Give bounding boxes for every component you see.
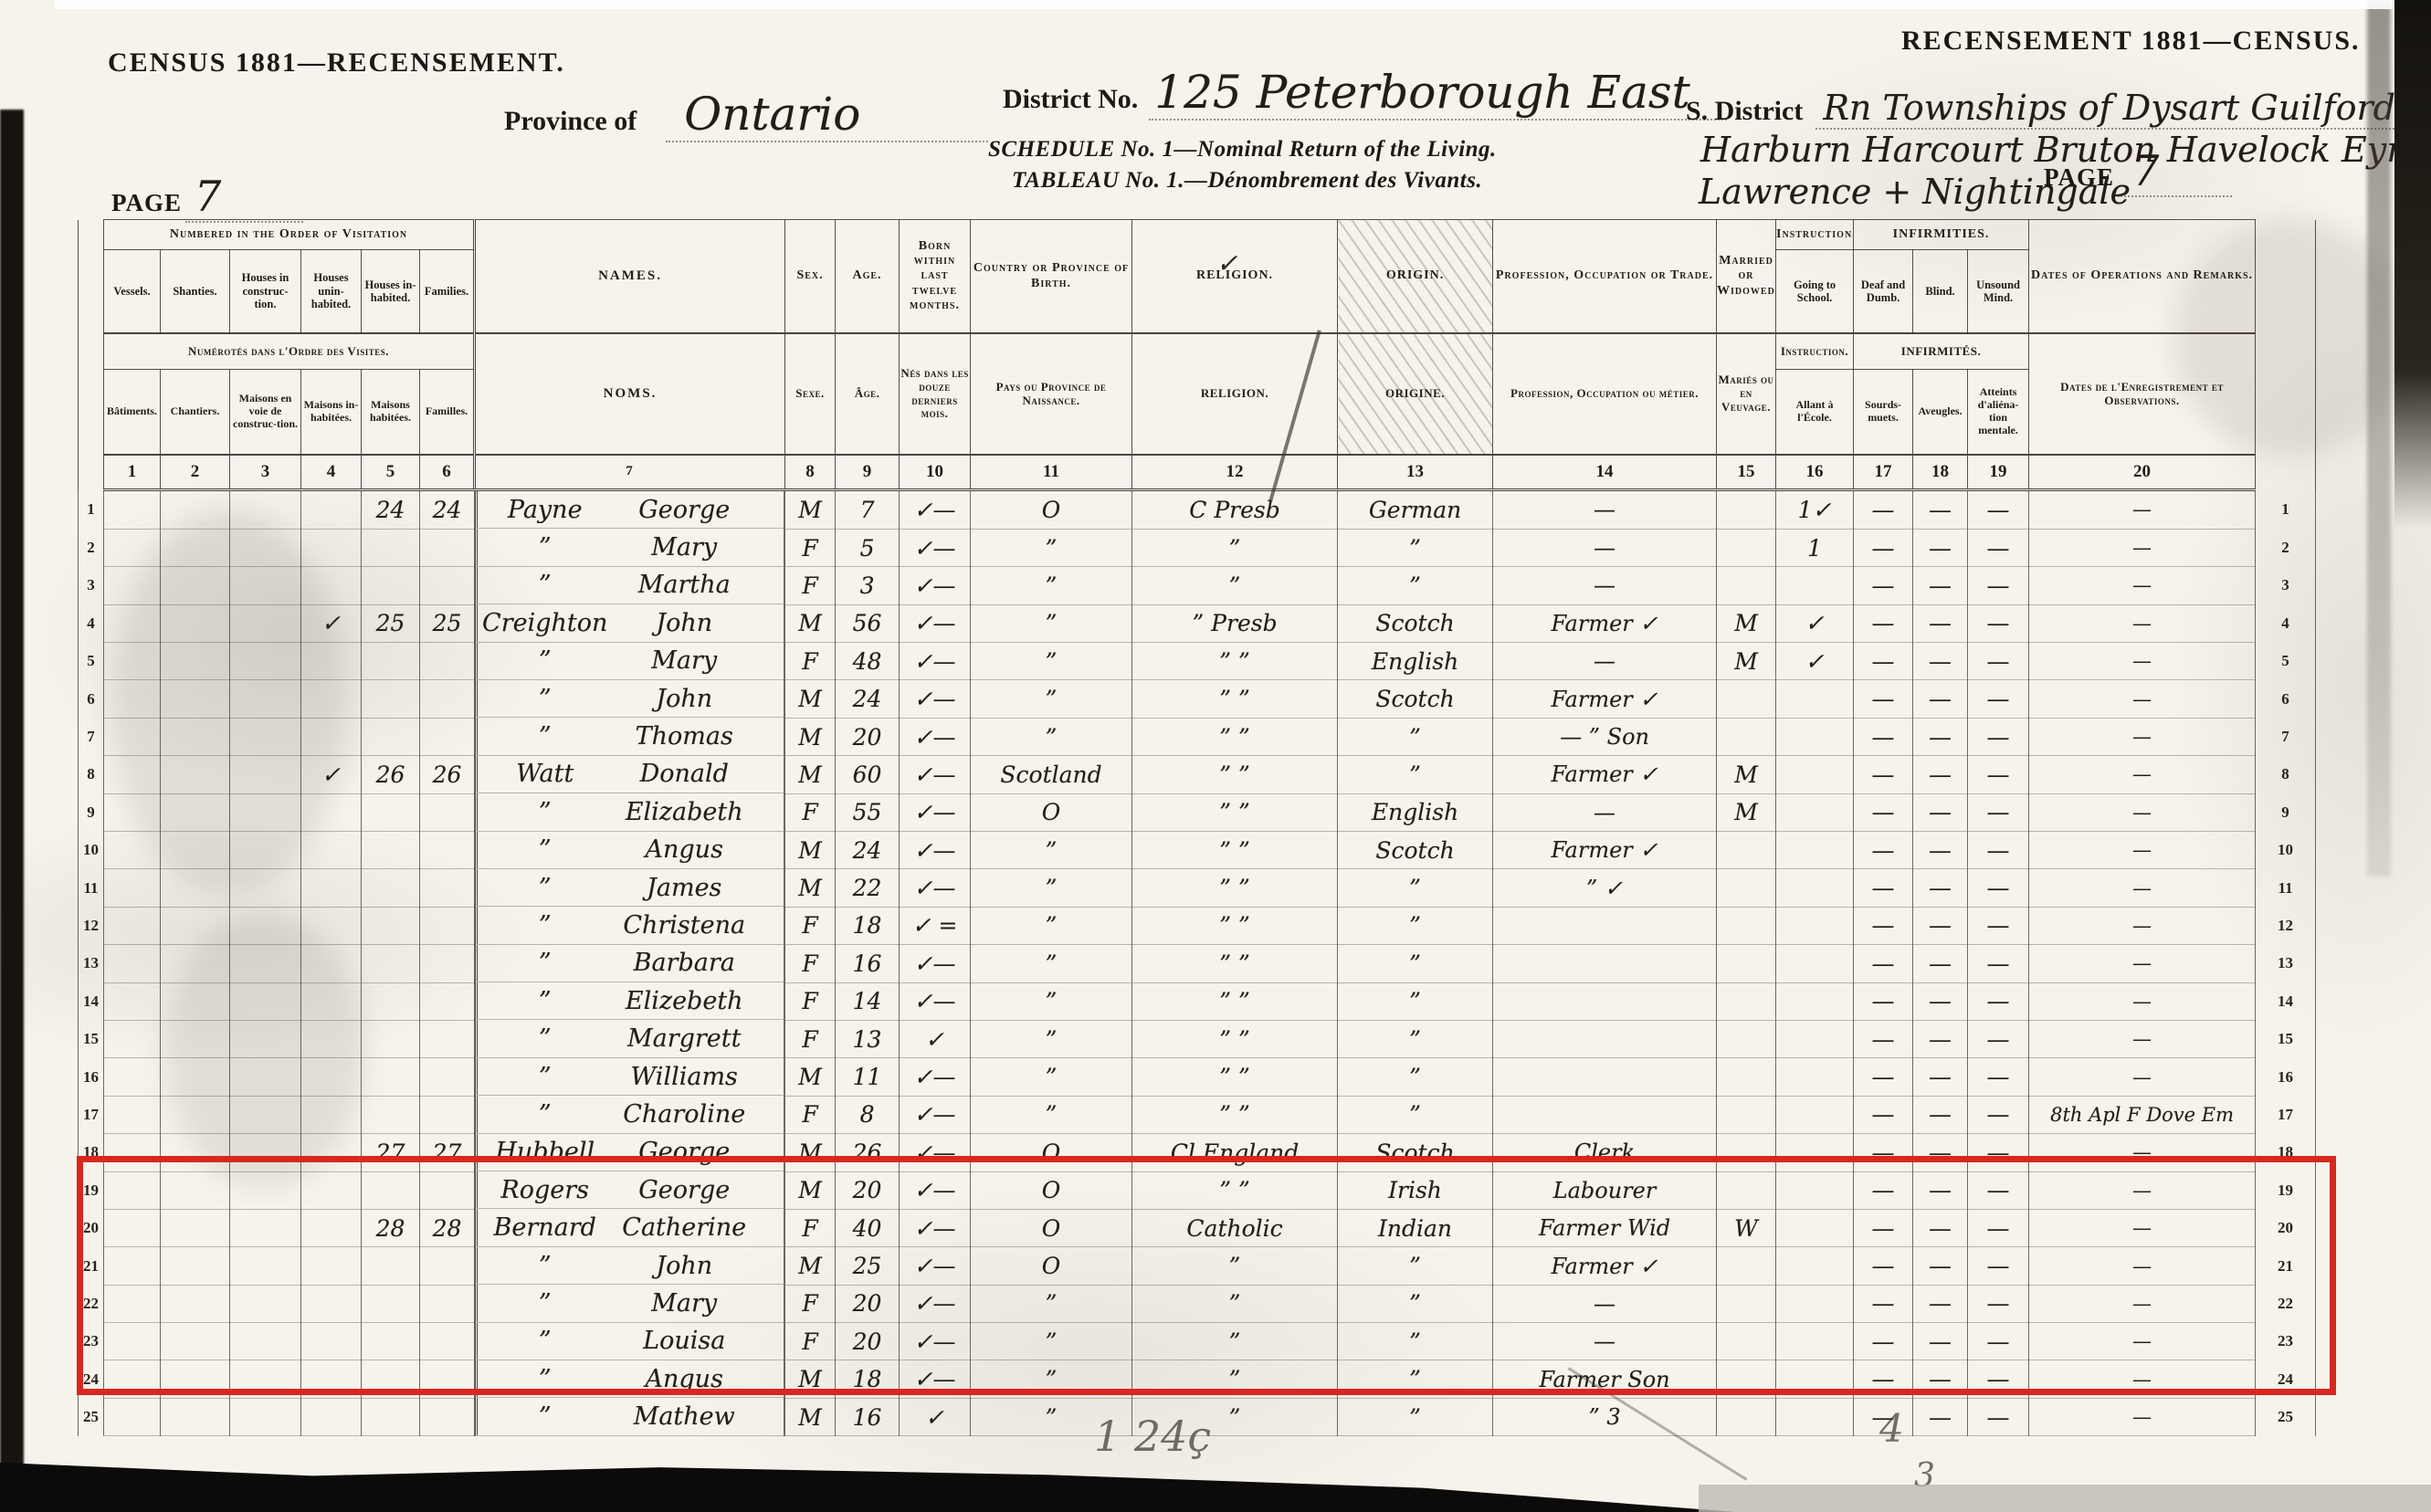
cell-sex: M	[785, 718, 836, 755]
cell-married: M	[1717, 643, 1776, 680]
cell-deaf: —	[1854, 907, 1913, 944]
row-number-left: 9	[79, 793, 104, 831]
cell-unsound-mind: —	[1968, 529, 2029, 566]
row-number-right: 11	[2256, 869, 2316, 907]
cell-construction	[230, 1096, 301, 1133]
cell-unsound-mind: —	[1968, 643, 2029, 680]
cell-name: ” Barbara	[475, 945, 784, 982]
row-number-right: 7	[2256, 718, 2316, 755]
cell-sex: M	[785, 680, 836, 718]
col-header-origin-en: ORIGIN.	[1338, 220, 1493, 334]
cell-given-name: Barbara	[612, 949, 784, 977]
col-number: 8	[785, 455, 836, 490]
cell-deaf: —	[1854, 1020, 1913, 1057]
cell-married	[1717, 1096, 1776, 1133]
right-gutter-header	[2256, 220, 2316, 490]
cell-shanties	[161, 604, 230, 642]
table-row: 13 ” Barbara F 16 ✓— ” ” ” ” — — — — 13	[79, 945, 2316, 982]
cell-remarks: —	[2029, 680, 2256, 718]
cell-unsound-mind: —	[1968, 945, 2029, 982]
cell-deaf: —	[1854, 718, 1913, 755]
province-value: Ontario	[666, 88, 988, 142]
col-header-remarks-fr: Dates de l'Enregistrement et Observation…	[2029, 333, 2256, 455]
cell-vessels	[104, 982, 161, 1020]
cell-given-name: Martha	[612, 571, 784, 599]
cell-age: 3	[836, 567, 900, 604]
page-label-right: PAGE	[2044, 163, 2114, 191]
row-number-right: 10	[2256, 832, 2316, 869]
col-header-shanties-fr: Chantiers.	[161, 370, 230, 456]
row-number-left: 10	[79, 832, 104, 869]
cell-deaf: —	[1854, 490, 1913, 530]
cell-sex: M	[785, 490, 836, 530]
cell-age: 5	[836, 529, 900, 566]
cell-going-to-school	[1776, 907, 1854, 944]
cell-married	[1717, 945, 1776, 982]
row-number-left: 1	[79, 490, 104, 530]
col-header-born-en: Born within last twelve months.	[900, 220, 971, 334]
cell-surname: ”	[478, 646, 612, 675]
row-number-left: 4	[79, 604, 104, 642]
row-number-left: 15	[79, 1020, 104, 1057]
cell-unsound-mind: —	[1968, 1058, 2029, 1096]
row-number-right: 17	[2256, 1096, 2316, 1133]
cell-uninhabited	[301, 945, 362, 982]
cell-born-12-months: ✓—	[900, 982, 971, 1020]
cell-born-12-months: ✓—	[900, 793, 971, 831]
cell-going-to-school	[1776, 945, 1854, 982]
cell-remarks: —	[2029, 604, 2256, 642]
cell-family-number	[420, 1398, 475, 1435]
cell-shanties	[161, 643, 230, 680]
cell-remarks: —	[2029, 869, 2256, 907]
cell-unsound-mind: —	[1968, 604, 2029, 642]
cell-deaf: —	[1854, 604, 1913, 642]
cell-sex: M	[785, 756, 836, 793]
row-number-left: 17	[79, 1096, 104, 1133]
row-number-left: 7	[79, 718, 104, 755]
pencil-check: ✓	[1216, 248, 1237, 278]
col-header-occupation-en: Profession, Occupation or Trade.	[1493, 220, 1717, 334]
cell-going-to-school	[1776, 1096, 1854, 1133]
cell-vessels	[104, 680, 161, 718]
cell-name: ” Martha	[475, 567, 784, 604]
col-number: 6	[420, 455, 475, 490]
cell-born-12-months: ✓—	[900, 1096, 971, 1133]
col-number: 4	[301, 455, 362, 490]
col-header-families-en: Families.	[420, 250, 475, 334]
row-number-left: 5	[79, 643, 104, 680]
cell-blind: —	[1913, 793, 1968, 831]
cell-shanties	[161, 982, 230, 1020]
scan-edge-right	[2394, 0, 2431, 530]
cell-born-12-months: ✓—	[900, 604, 971, 642]
cell-age: 18	[836, 907, 900, 944]
cell-remarks: —	[2029, 1058, 2256, 1096]
row-number-left: 16	[79, 1058, 104, 1096]
cell-occupation: —	[1493, 567, 1717, 604]
cell-house-number	[362, 832, 420, 869]
instruction-group-header-fr: Instruction.	[1776, 333, 1854, 370]
cell-going-to-school	[1776, 1398, 1854, 1435]
cell-remarks: —	[2029, 643, 2256, 680]
col-header-remarks-en: Dates of Operations and Remarks.	[2029, 220, 2256, 334]
col-header-shanties-en: Shanties.	[161, 250, 230, 334]
cell-going-to-school	[1776, 680, 1854, 718]
cell-deaf: —	[1854, 793, 1913, 831]
cell-name: ” Mary	[475, 529, 784, 566]
cell-origin: English	[1338, 643, 1493, 680]
cell-unsound-mind: —	[1968, 490, 2029, 530]
cell-deaf: —	[1854, 756, 1913, 793]
cell-construction	[230, 832, 301, 869]
cell-name: ” James	[475, 869, 784, 907]
cell-sex: F	[785, 567, 836, 604]
cell-shanties	[161, 567, 230, 604]
cell-house-number: 25	[362, 604, 420, 642]
cell-blind: —	[1913, 529, 1968, 566]
col-header-names-en: NAMES.	[475, 220, 785, 334]
cell-surname: ”	[478, 1402, 612, 1431]
highlight-box	[77, 1156, 2336, 1395]
cell-married	[1717, 832, 1776, 869]
row-number-right: 13	[2256, 945, 2316, 982]
cell-family-number: 24	[420, 490, 475, 530]
cell-family-number	[420, 643, 475, 680]
cell-deaf: —	[1854, 1096, 1913, 1133]
cell-occupation	[1493, 1020, 1717, 1057]
row-number-left: 8	[79, 756, 104, 793]
cell-construction	[230, 604, 301, 642]
col-header-deaf-fr: Sourds-muets.	[1854, 370, 1913, 456]
cell-family-number	[420, 718, 475, 755]
cell-occupation: —	[1493, 793, 1717, 831]
cell-married	[1717, 907, 1776, 944]
cell-age: 16	[836, 945, 900, 982]
cell-shanties	[161, 945, 230, 982]
cell-occupation: — ” Son	[1493, 718, 1717, 755]
cell-age: 24	[836, 832, 900, 869]
cell-name: ” Christena	[475, 907, 784, 944]
cell-given-name: John	[612, 685, 784, 713]
cell-age: 55	[836, 793, 900, 831]
cell-age: 22	[836, 869, 900, 907]
cell-surname: ”	[478, 911, 612, 940]
row-number-right: 1	[2256, 490, 2316, 530]
cell-name: ” Elizebeth	[475, 982, 784, 1020]
cell-blind: —	[1913, 1398, 1968, 1435]
cell-unsound-mind: —	[1968, 1096, 2029, 1133]
cell-religion: ” Presb	[1132, 604, 1338, 642]
cell-unsound-mind: —	[1968, 680, 2029, 718]
table-row: 9 ” Elizabeth F 55 ✓— O ” ” English — M …	[79, 793, 2316, 831]
cell-family-number	[420, 793, 475, 831]
cell-sex: F	[785, 643, 836, 680]
cell-blind: —	[1913, 567, 1968, 604]
cell-occupation: Farmer ✓	[1493, 604, 1717, 642]
cell-house-number	[362, 643, 420, 680]
cell-family-number	[420, 680, 475, 718]
cell-blind: —	[1913, 982, 1968, 1020]
cell-deaf: —	[1854, 832, 1913, 869]
cell-uninhabited	[301, 567, 362, 604]
cell-remarks: —	[2029, 567, 2256, 604]
cell-shanties	[161, 1096, 230, 1133]
subdistrict-label: S. District	[1686, 96, 1803, 126]
cell-construction	[230, 1398, 301, 1435]
cell-family-number	[420, 1096, 475, 1133]
col-header-names-fr: NOMS.	[475, 333, 785, 455]
cell-house-number	[362, 907, 420, 944]
col-header-born-fr: Nés dans les douze derniers mois.	[900, 333, 971, 455]
table-row: 17 ” Charoline F 8 ✓— ” ” ” ” — — — 8th …	[79, 1096, 2316, 1133]
cell-going-to-school	[1776, 1058, 1854, 1096]
cell-family-number	[420, 529, 475, 566]
col-number: 10	[900, 455, 971, 490]
cell-age: 8	[836, 1096, 900, 1133]
cell-blind: —	[1913, 945, 1968, 982]
cell-given-name: Mary	[612, 646, 784, 675]
col-number: 15	[1717, 455, 1776, 490]
col-header-construction-en: Houses in construc-tion.	[230, 250, 301, 334]
cell-going-to-school: 1✓	[1776, 490, 1854, 530]
cell-vessels	[104, 1058, 161, 1096]
cell-blind: —	[1913, 869, 1968, 907]
cell-birthplace: ”	[971, 604, 1132, 642]
cell-family-number	[420, 567, 475, 604]
cell-vessels	[104, 490, 161, 530]
cell-deaf: —	[1854, 643, 1913, 680]
cell-construction	[230, 567, 301, 604]
table-row: 15 ” Margrett F 13 ✓ ” ” ” ” — — — — 15	[79, 1020, 2316, 1057]
cell-family-number	[420, 982, 475, 1020]
col-number: 13	[1338, 455, 1493, 490]
col-number: 7	[475, 455, 785, 490]
col-header-unsound-en: Unsound Mind.	[1968, 250, 2029, 334]
cell-unsound-mind: —	[1968, 832, 2029, 869]
cell-occupation	[1493, 982, 1717, 1020]
cell-origin: German	[1338, 490, 1493, 530]
table-row: 12 ” Christena F 18 ✓ = ” ” ” ” — — — — …	[79, 907, 2316, 944]
col-header-uninhabited-fr: Maisons in-habitées.	[301, 370, 362, 456]
cell-construction	[230, 529, 301, 566]
cell-given-name: Mary	[612, 533, 784, 562]
cell-born-12-months: ✓	[900, 1398, 971, 1435]
col-number: 14	[1493, 455, 1717, 490]
cell-vessels	[104, 529, 161, 566]
cell-blind: —	[1913, 756, 1968, 793]
cell-construction	[230, 1020, 301, 1057]
cell-house-number	[362, 567, 420, 604]
cell-blind: —	[1913, 1020, 1968, 1057]
row-number-left: 25	[79, 1398, 104, 1435]
instruction-group-header-en: Instruction.	[1776, 220, 1854, 250]
cell-uninhabited: ✓	[301, 756, 362, 793]
cell-surname: Payne	[478, 496, 612, 524]
cell-vessels	[104, 756, 161, 793]
cell-uninhabited	[301, 907, 362, 944]
table-row: 10 ” Angus M 24 ✓— ” ” ” Scotch Farmer ✓…	[79, 832, 2316, 869]
cell-house-number	[362, 1020, 420, 1057]
cell-sex: F	[785, 907, 836, 944]
cell-married	[1717, 1058, 1776, 1096]
table-row: 5 ” Mary F 48 ✓— ” ” ” English — M ✓ — —…	[79, 643, 2316, 680]
col-header-married-en: Married or Widowed.	[1717, 220, 1776, 334]
cell-birthplace: ”	[971, 1058, 1132, 1096]
cell-married: M	[1717, 604, 1776, 642]
cell-deaf: —	[1854, 680, 1913, 718]
col-header-inhabited-fr: Maisons habitées.	[362, 370, 420, 456]
cell-family-number	[420, 1058, 475, 1096]
cell-born-12-months: ✓—	[900, 756, 971, 793]
cell-origin: ”	[1338, 1020, 1493, 1057]
cell-religion: ” ”	[1132, 945, 1338, 982]
cell-sex: M	[785, 604, 836, 642]
cell-unsound-mind: —	[1968, 1020, 2029, 1057]
cell-occupation	[1493, 907, 1717, 944]
cell-surname: ”	[478, 533, 612, 562]
cell-surname: ”	[478, 1100, 612, 1129]
cell-blind: —	[1913, 604, 1968, 642]
cell-born-12-months: ✓—	[900, 718, 971, 755]
cell-name: ” Elizabeth	[475, 793, 784, 831]
cell-religion: ”	[1132, 529, 1338, 566]
cell-origin: ”	[1338, 907, 1493, 944]
cell-name: ” Williams	[475, 1058, 784, 1096]
page-number-left: 7	[185, 172, 303, 223]
schedule-line1: SCHEDULE No. 1—Nominal Return of the Liv…	[988, 137, 1497, 163]
cell-remarks: —	[2029, 529, 2256, 566]
cell-uninhabited	[301, 680, 362, 718]
cell-construction	[230, 945, 301, 982]
cell-origin: ”	[1338, 1058, 1493, 1096]
cell-sex: M	[785, 1398, 836, 1435]
cell-construction	[230, 718, 301, 755]
cell-deaf: —	[1854, 529, 1913, 566]
cell-vessels	[104, 869, 161, 907]
row-number-left: 13	[79, 945, 104, 982]
cell-occupation: ” 3	[1493, 1398, 1717, 1435]
cell-construction	[230, 869, 301, 907]
cell-construction	[230, 680, 301, 718]
cell-age: 16	[836, 1398, 900, 1435]
cell-unsound-mind: —	[1968, 793, 2029, 831]
row-number-right: 8	[2256, 756, 2316, 793]
cell-occupation: —	[1493, 490, 1717, 530]
cell-occupation: —	[1493, 529, 1717, 566]
cell-going-to-school	[1776, 718, 1854, 755]
cell-house-number	[362, 1398, 420, 1435]
cell-blind: —	[1913, 1096, 1968, 1133]
cell-name: Creighton John	[475, 604, 784, 642]
cell-born-12-months: ✓—	[900, 529, 971, 566]
cell-family-number	[420, 1020, 475, 1057]
cell-origin: ”	[1338, 567, 1493, 604]
table-row: 2 ” Mary F 5 ✓— ” ” ” — 1 — — — — 2	[79, 529, 2316, 566]
col-header-country-fr: Pays ou Province de Naissance.	[971, 333, 1132, 455]
cell-age: 14	[836, 982, 900, 1020]
cell-remarks: —	[2029, 1020, 2256, 1057]
cell-religion: ” ”	[1132, 793, 1338, 831]
cell-birthplace: ”	[971, 1020, 1132, 1057]
col-header-inhabited-en: Houses in-habited.	[362, 250, 420, 334]
col-header-vessels-en: Vessels.	[104, 250, 161, 334]
cell-vessels	[104, 793, 161, 831]
scan-edge-right-streak	[2367, 0, 2391, 877]
col-header-families-fr: Familles.	[420, 370, 475, 456]
cell-origin: Scotch	[1338, 832, 1493, 869]
col-header-blind-fr: Aveugles.	[1913, 370, 1968, 456]
cell-married	[1717, 680, 1776, 718]
cell-religion: ” ”	[1132, 756, 1338, 793]
cell-surname: Watt	[478, 760, 612, 788]
table-row: 6 ” John M 24 ✓— ” ” ” Scotch Farmer ✓ —…	[79, 680, 2316, 718]
cell-age: 20	[836, 718, 900, 755]
cell-remarks: —	[2029, 490, 2256, 530]
cell-going-to-school: ✓	[1776, 643, 1854, 680]
bottom-pencil-annotation: 1 24ç	[1094, 1412, 1211, 1461]
cell-vessels	[104, 718, 161, 755]
row-number-right: 12	[2256, 907, 2316, 944]
cell-name: ” Charoline	[475, 1096, 784, 1133]
pencil-mark: 4	[1879, 1406, 1904, 1451]
cell-surname: ”	[478, 949, 612, 977]
cell-house-number	[362, 680, 420, 718]
cell-shanties	[161, 490, 230, 530]
cell-surname: ”	[478, 1024, 612, 1053]
cell-unsound-mind: —	[1968, 907, 2029, 944]
cell-religion: ” ”	[1132, 1096, 1338, 1133]
cell-uninhabited	[301, 1398, 362, 1435]
cell-unsound-mind: —	[1968, 982, 2029, 1020]
cell-unsound-mind: —	[1968, 1398, 2029, 1435]
cell-religion: ” ”	[1132, 832, 1338, 869]
page-label-left: PAGE	[111, 189, 182, 216]
cell-born-12-months: ✓—	[900, 832, 971, 869]
cell-given-name: Donald	[612, 760, 784, 788]
table-row: 11 ” James M 22 ✓— ” ” ” ” ” ✓ — — — — 1…	[79, 869, 2316, 907]
table-row: 14 ” Elizebeth F 14 ✓— ” ” ” ” — — — — 1…	[79, 982, 2316, 1020]
cell-family-number	[420, 869, 475, 907]
cell-shanties	[161, 680, 230, 718]
cell-vessels	[104, 1398, 161, 1435]
cell-occupation	[1493, 945, 1717, 982]
census-scan-page: { "colors": { "highlight_red": "#d7281f"…	[0, 0, 2431, 1512]
cell-vessels	[104, 604, 161, 642]
col-header-vessels-fr: Bâtiments.	[104, 370, 161, 456]
cell-house-number	[362, 1096, 420, 1133]
cell-sex: M	[785, 1058, 836, 1096]
cell-going-to-school	[1776, 1020, 1854, 1057]
cell-birthplace: O	[971, 490, 1132, 530]
cell-unsound-mind: —	[1968, 718, 2029, 755]
cell-house-number	[362, 793, 420, 831]
col-header-married-fr: Mariés ou en Veuvage.	[1717, 333, 1776, 455]
cell-given-name: George	[612, 496, 784, 524]
cell-name: ” Mathew	[475, 1398, 784, 1435]
cell-origin: ”	[1338, 1398, 1493, 1435]
cell-religion: C Presb	[1132, 490, 1338, 530]
cell-given-name: Mathew	[612, 1402, 784, 1431]
district-value: 125 Peterborough East	[1149, 66, 1726, 121]
cell-given-name: John	[612, 609, 784, 637]
census-title-left: CENSUS 1881—RECENSEMENT.	[108, 47, 565, 79]
col-number: 1	[104, 455, 161, 490]
cell-birthplace: ”	[971, 529, 1132, 566]
cell-house-number	[362, 529, 420, 566]
cell-blind: —	[1913, 1058, 1968, 1096]
cell-given-name: Christena	[612, 911, 784, 940]
